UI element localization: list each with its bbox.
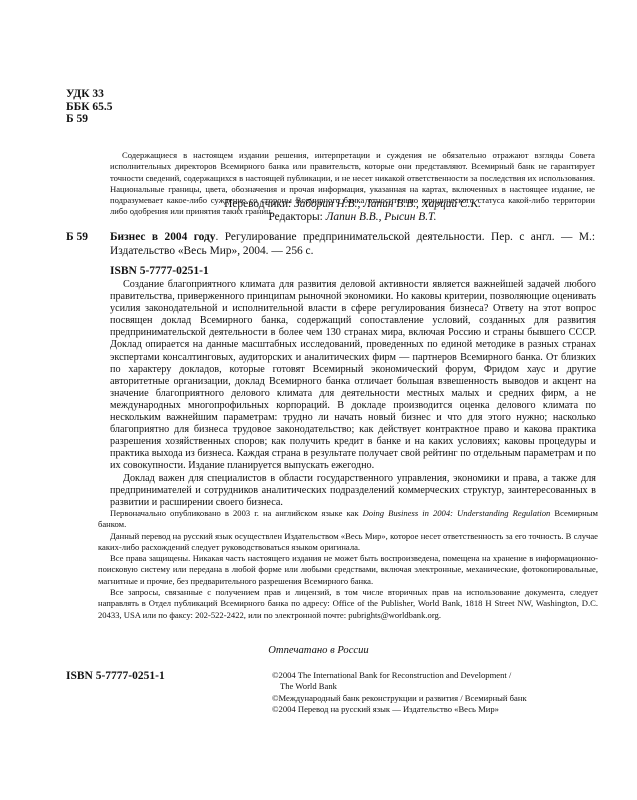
copyright-line: ©2004 Перевод на русский язык — Издатель…: [272, 704, 602, 715]
bbk-code: ББК 65.5: [66, 101, 113, 114]
requests-note: Все запросы, связанные с получением прав…: [98, 587, 598, 621]
translators-names: Заборин Н.В., Лапин В.В., Харций С.К.: [294, 198, 481, 210]
classification-codes: УДК 33 ББК 65.5 Б 59: [66, 88, 113, 126]
original-edition-note: Первоначально опубликовано в 2003 г. на …: [98, 508, 598, 531]
rights-note: Все права защищены. Никакая часть настоя…: [98, 553, 598, 587]
original-prefix: Первоначально опубликовано в 2003 г. на …: [110, 508, 363, 518]
copyright-line: ©Международный банк реконструкции и разв…: [272, 693, 602, 704]
annotation-paragraph: Создание благоприятного климата для разв…: [110, 279, 596, 473]
annotation: Создание благоприятного климата для разв…: [110, 279, 596, 509]
publication-notes: Первоначально опубликовано в 2003 г. на …: [98, 508, 598, 621]
editors-line: Редакторы: Лапин В.В., Рысин В.Т.: [110, 211, 595, 224]
bibliographic-code: Б 59: [66, 231, 88, 243]
editors-label: Редакторы:: [268, 211, 325, 223]
annotation-paragraph: Доклад важен для специалистов в области …: [110, 473, 596, 509]
udc-code: УДК 33: [66, 88, 113, 101]
editors-names: Лапин В.В., Рысин В.Т.: [326, 211, 437, 223]
copyright-block: ©2004 The International Bank for Reconst…: [272, 670, 602, 715]
printed-in: Отпечатано в России: [0, 645, 637, 656]
bibliographic-record: Бизнес в 2004 году. Регулирование предпр…: [110, 231, 595, 258]
credits: Переводчики: Заборин Н.В., Лапин В.В., Х…: [110, 198, 595, 224]
copyright-line: The World Bank: [272, 681, 602, 692]
author-sign: Б 59: [66, 113, 113, 126]
translation-note: Данный перевод на русский язык осуществл…: [98, 531, 598, 554]
copyright-line: ©2004 The International Bank for Reconst…: [272, 670, 602, 681]
book-title: Бизнес в 2004 году: [110, 231, 215, 243]
original-title: Doing Business in 2004: Understanding Re…: [363, 508, 551, 518]
translators-line: Переводчики: Заборин Н.В., Лапин В.В., Х…: [110, 198, 595, 211]
translators-label: Переводчики:: [224, 198, 294, 210]
isbn-bottom: ISBN 5-7777-0251-1: [66, 670, 165, 682]
isbn-top: ISBN 5-7777-0251-1: [110, 265, 209, 277]
